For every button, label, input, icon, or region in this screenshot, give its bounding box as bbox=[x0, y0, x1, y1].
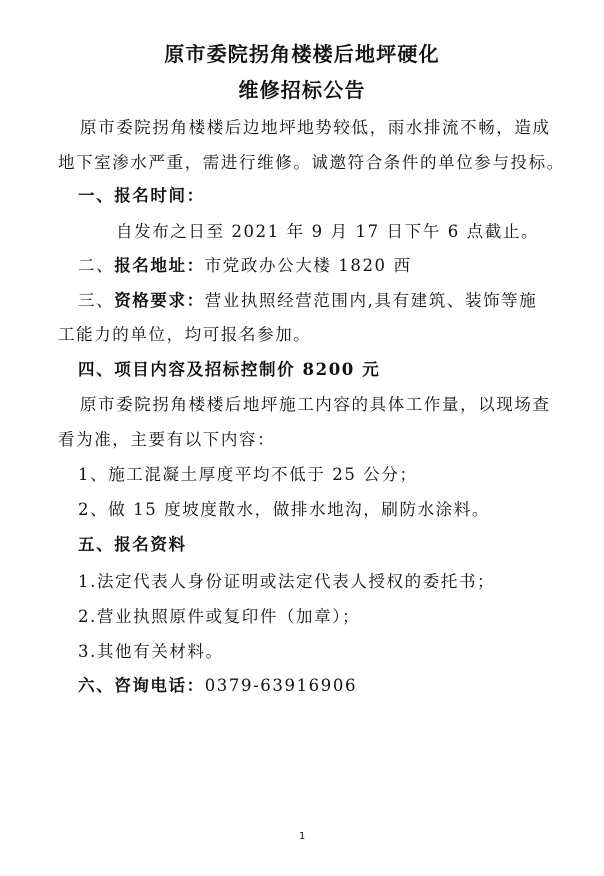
section6: 六、咨询电话：0379-63916906 bbox=[78, 676, 357, 696]
intro-paragraph-line2: 地下室渗水严重，需进行维修。诚邀符合条件的单位参与投标。 bbox=[58, 153, 565, 173]
contact-phone: 0379-63916906 bbox=[205, 676, 357, 695]
section3-line1: 三、资格要求：营业执照经营范围内,具有建筑、装饰等施 bbox=[78, 291, 537, 311]
section5-item: 1.法定代表人身份证明或法定代表人授权的委托书； bbox=[78, 572, 495, 592]
document-title-line2: 维修招标公告 bbox=[0, 80, 604, 100]
section1-heading: 一、报名时间： bbox=[78, 186, 205, 206]
section4-body-line2: 看为准，主要有以下内容： bbox=[58, 430, 275, 450]
document-title-line1: 原市委院拐角楼楼后地坪硬化 bbox=[0, 44, 604, 64]
page-number: 1 bbox=[0, 831, 604, 842]
section1-body: 自发布之日至 2021 年 9 月 17 日下午 6 点截止。 bbox=[116, 222, 539, 242]
section5-item: 3.其他有关材料。 bbox=[78, 642, 224, 662]
section3-prefix: 三、 bbox=[78, 291, 114, 310]
section4-item: 2、做 15 度坡度散水，做排水地沟，刷防水涂料。 bbox=[78, 500, 490, 520]
section2: 二、报名地址：市党政办公大楼 1820 西 bbox=[78, 256, 412, 276]
section4-body-line1: 原市委院拐角楼楼后地坪施工内容的具体工作量，以现场查 bbox=[80, 395, 551, 415]
section2-body: 市党政办公大楼 1820 西 bbox=[205, 256, 412, 275]
section2-heading: 报名地址： bbox=[114, 256, 205, 275]
section3-body-line1: 营业执照经营范围内,具有建筑、装饰等施 bbox=[205, 291, 538, 310]
section4-heading: 四、项目内容及招标控制价 8200 元 bbox=[78, 360, 380, 380]
section5-heading: 五、报名资料 bbox=[78, 535, 187, 555]
intro-paragraph-line1: 原市委院拐角楼楼后边地坪地势较低，雨水排流不畅，造成 bbox=[80, 118, 551, 138]
section6-heading: 六、咨询电话： bbox=[78, 676, 205, 695]
section2-prefix: 二、 bbox=[78, 256, 114, 275]
section5-item: 2.营业执照原件或复印件（加章）； bbox=[78, 607, 360, 627]
section4-item: 1、施工混凝土厚度平均不低于 25 公分； bbox=[78, 465, 418, 485]
section3-body-line2: 工能力的单位，均可报名参加。 bbox=[58, 325, 311, 345]
section3-heading: 资格要求： bbox=[114, 291, 205, 310]
document-page: 原市委院拐角楼楼后地坪硬化 维修招标公告 原市委院拐角楼楼后边地坪地势较低，雨水… bbox=[0, 0, 604, 876]
